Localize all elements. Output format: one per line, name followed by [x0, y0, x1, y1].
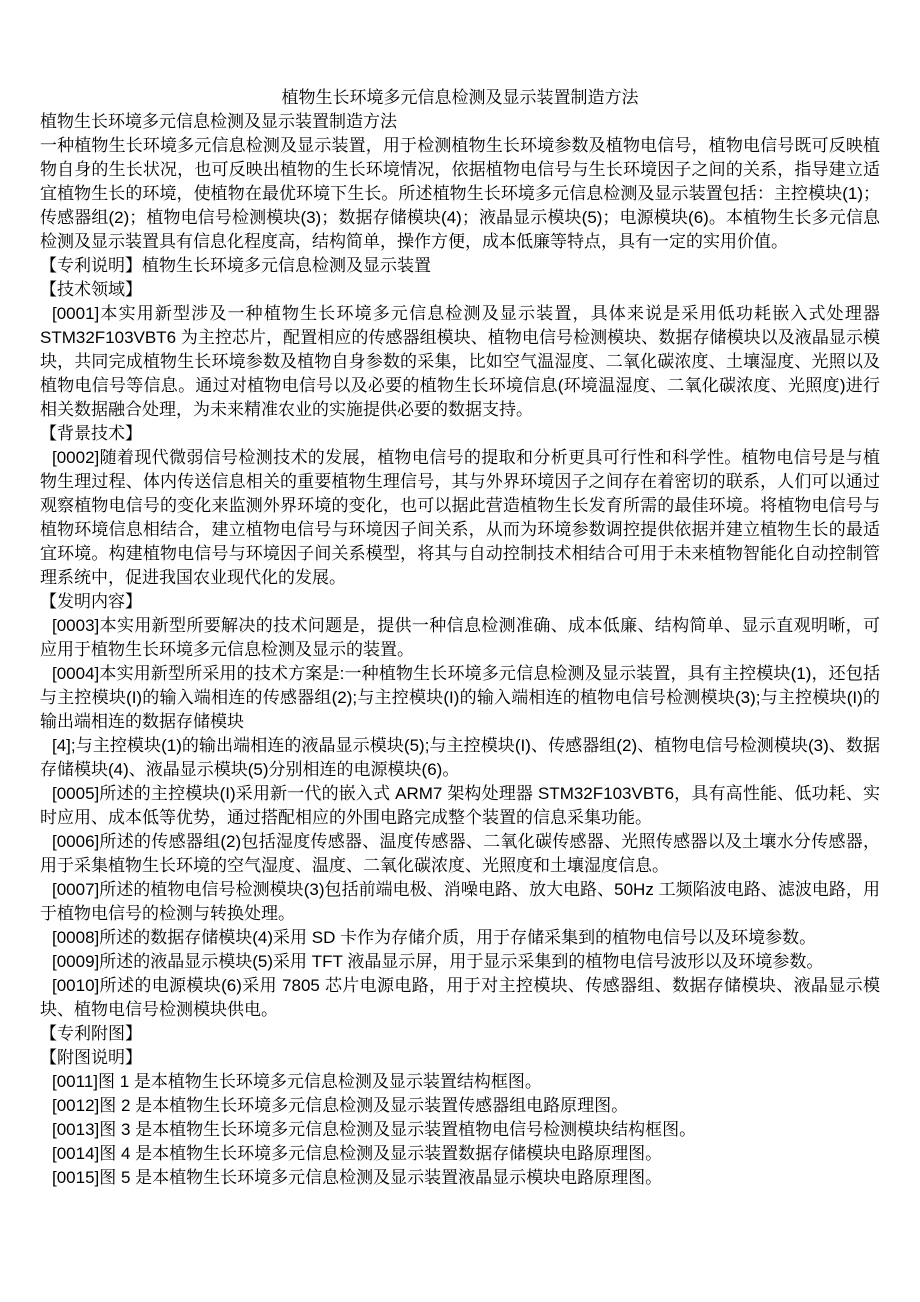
paragraph: [0001]本实用新型涉及一种植物生长环境多元信息检测及显示装置，具体来说是采用…	[40, 302, 880, 422]
paragraph: [0015]图 5 是本植物生长环境多元信息检测及显示装置液晶显示模块电路原理图…	[40, 1166, 880, 1190]
patent-document-page: 植物生长环境多元信息检测及显示装置制造方法 植物生长环境多元信息检测及显示装置制…	[0, 0, 920, 1302]
paragraph: [0006]所述的传感器组(2)包括湿度传感器、温度传感器、二氧化碳传感器、光照…	[40, 830, 880, 878]
paragraph: [0011]图 1 是本植物生长环境多元信息检测及显示装置结构框图。	[40, 1070, 880, 1094]
paragraph: [0012]图 2 是本植物生长环境多元信息检测及显示装置传感器组电路原理图。	[40, 1094, 880, 1118]
section-heading: 【专利附图】	[40, 1022, 880, 1046]
section-heading: 【背景技术】	[40, 422, 880, 446]
paragraph: [0002]随着现代微弱信号检测技术的发展，植物电信号的提取和分析更具可行性和科…	[40, 446, 880, 590]
section-heading: 【技术领域】	[40, 278, 880, 302]
paragraph: [0010]所述的电源模块(6)采用 7805 芯片电源电路，用于对主控模块、传…	[40, 974, 880, 1022]
paragraph: [0007]所述的植物电信号检测模块(3)包括前端电极、消噪电路、放大电路、50…	[40, 878, 880, 926]
paragraph: [0003]本实用新型所要解决的技术问题是，提供一种信息检测准确、成本低廉、结构…	[40, 614, 880, 662]
patent-title: 植物生长环境多元信息检测及显示装置制造方法	[40, 86, 880, 110]
paragraph: [0004]本实用新型所采用的技术方案是:一种植物生长环境多元信息检测及显示装置…	[40, 662, 880, 734]
section-heading: 【专利说明】植物生长环境多元信息检测及显示装置	[40, 254, 880, 278]
paragraph: 植物生长环境多元信息检测及显示装置制造方法	[40, 110, 880, 134]
paragraph: [0014]图 4 是本植物生长环境多元信息检测及显示装置数据存储模块电路原理图…	[40, 1142, 880, 1166]
paragraph: [4];与主控模块(1)的输出端相连的液晶显示模块(5);与主控模块(I)、传感…	[40, 734, 880, 782]
paragraph: 一种植物生长环境多元信息检测及显示装置，用于检测植物生长环境参数及植物电信号，植…	[40, 134, 880, 254]
paragraph: [0008]所述的数据存储模块(4)采用 SD 卡作为存储介质，用于存储采集到的…	[40, 926, 880, 950]
paragraph: [0009]所述的液晶显示模块(5)采用 TFT 液晶显示屏，用于显示采集到的植…	[40, 950, 880, 974]
section-heading: 【附图说明】	[40, 1046, 880, 1070]
paragraph: [0013]图 3 是本植物生长环境多元信息检测及显示装置植物电信号检测模块结构…	[40, 1118, 880, 1142]
paragraph: [0005]所述的主控模块(I)采用新一代的嵌入式 ARM7 架构处理器 STM…	[40, 782, 880, 830]
section-heading: 【发明内容】	[40, 590, 880, 614]
document-body: 植物生长环境多元信息检测及显示装置制造方法一种植物生长环境多元信息检测及显示装置…	[40, 110, 880, 1190]
